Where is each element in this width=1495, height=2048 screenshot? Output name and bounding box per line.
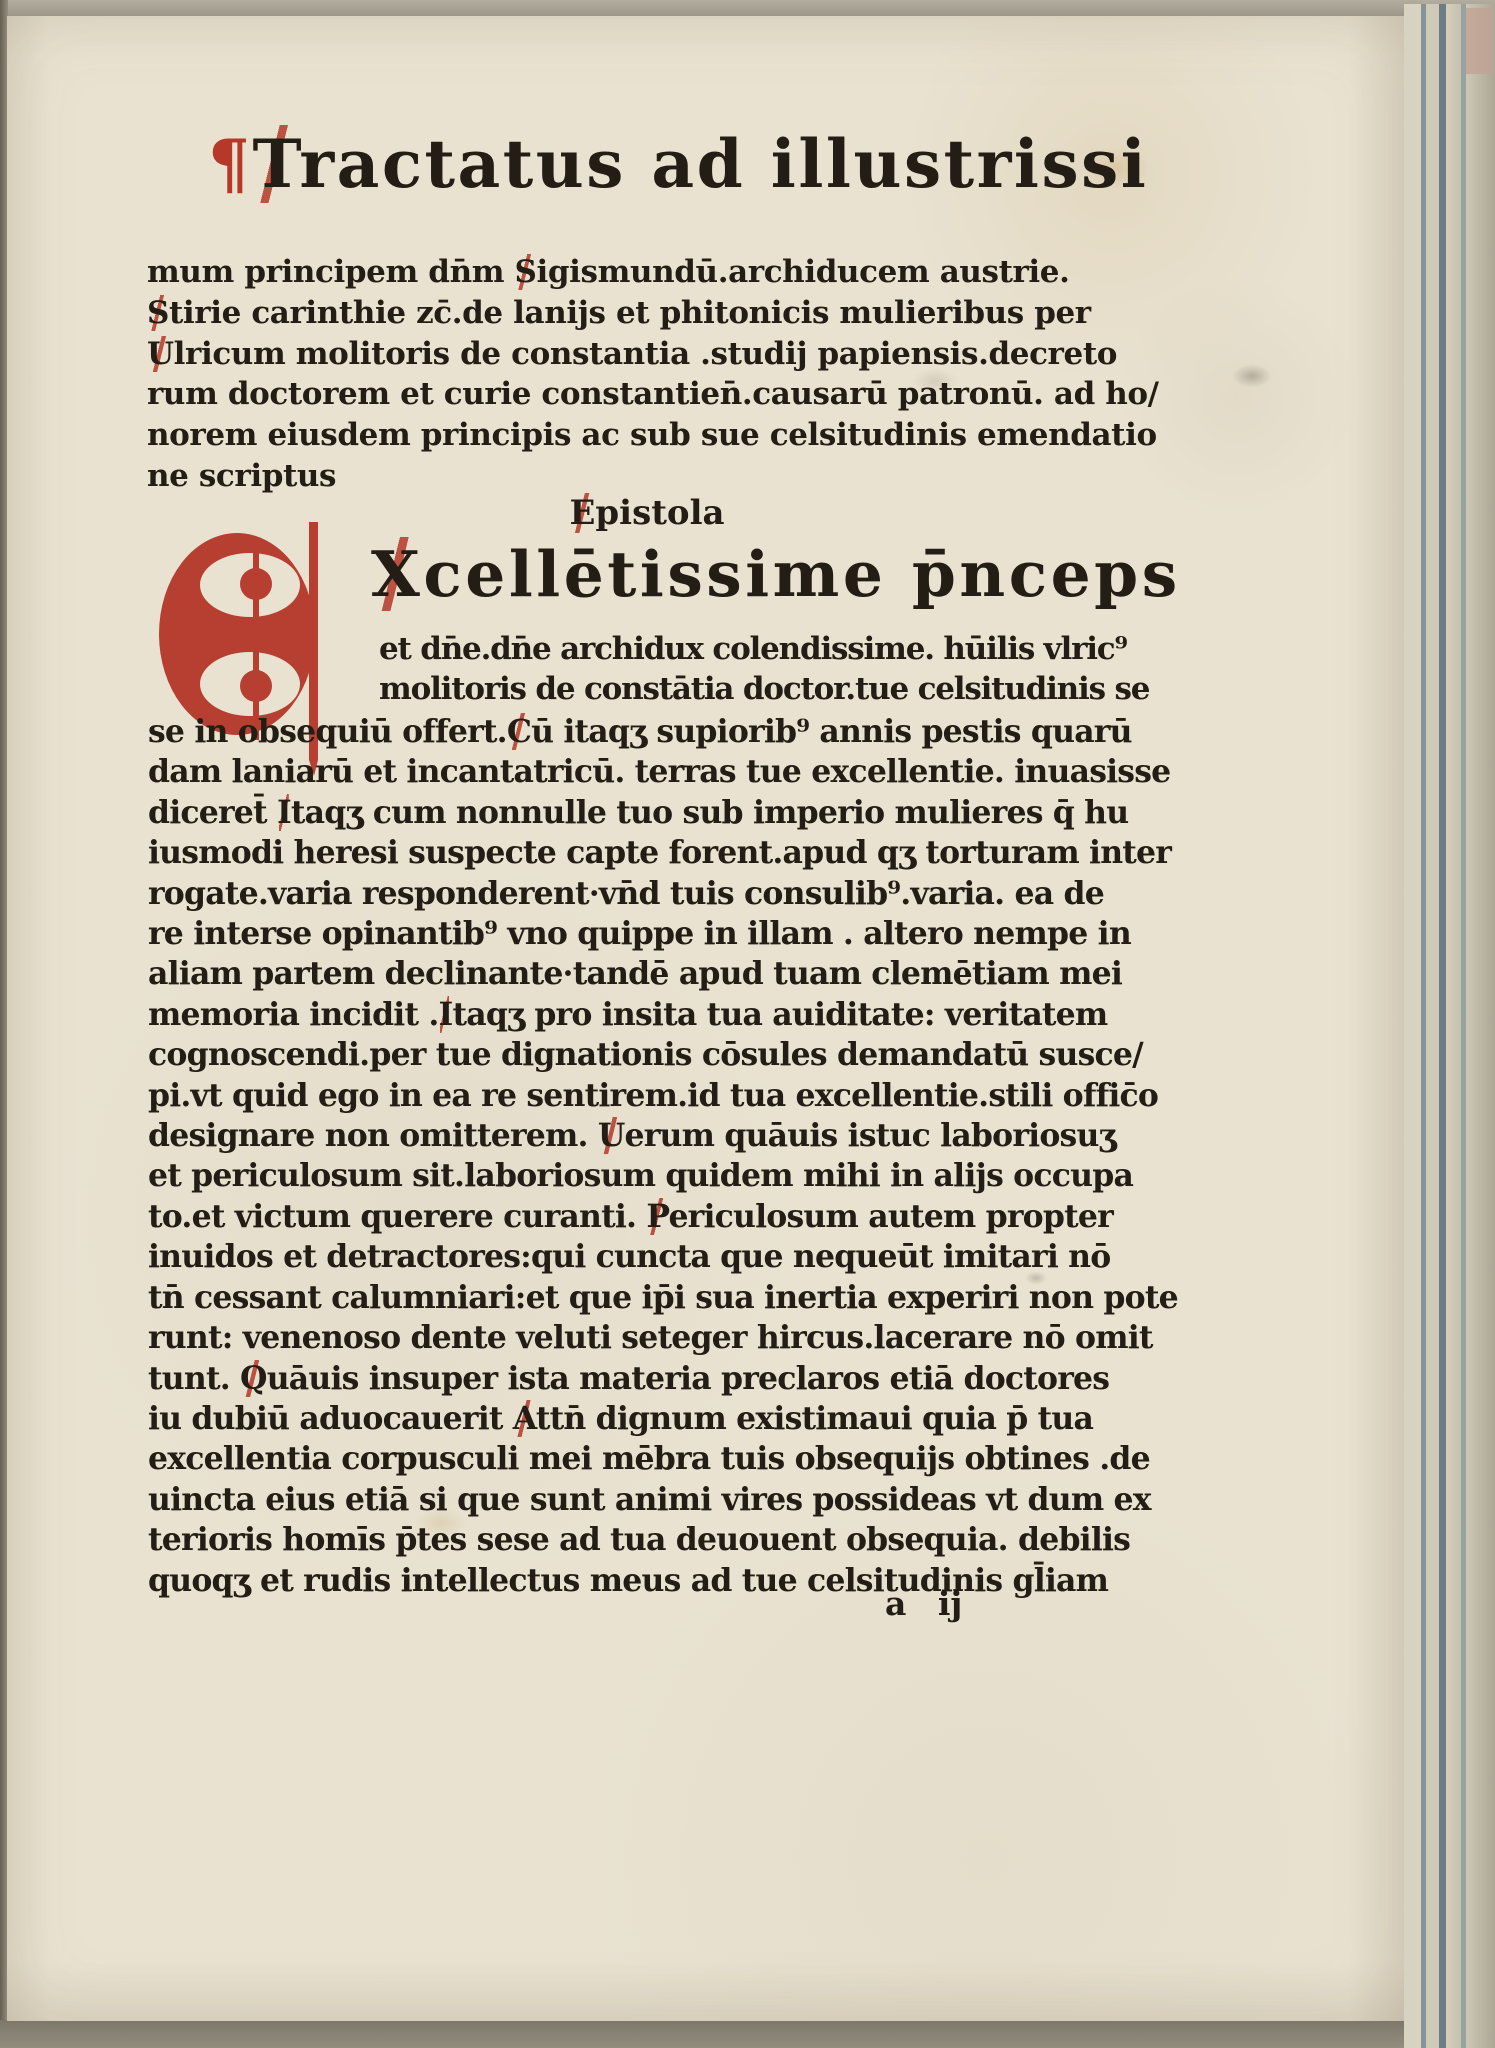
text-line: re interse opinantib⁹ vno quippe in illa… [148, 914, 1178, 954]
text-segment: U [598, 1117, 625, 1154]
text-line: uincta eius etiā si que sunt animi vires… [148, 1480, 1178, 1520]
text-segment: iusmodi heresi suspecte capte forent.apu… [148, 834, 1171, 871]
text-segment: lricum molitoris de constantia .studij p… [174, 336, 1117, 372]
text-line: et dn̄e.dn̄e archidux colendissime. hūil… [379, 629, 1149, 669]
text-segment: pi.vt quid ego in ea re sentirem.id tua … [148, 1077, 1158, 1114]
text-segment: et periculosum sit.laboriosum quidem mih… [148, 1157, 1133, 1194]
text-segment: diceret̄ [148, 794, 277, 831]
text-segment: X [371, 537, 423, 611]
text-segment: dam laniarū et incantatricū. terras tue … [148, 753, 1170, 790]
indented-lines: et dn̄e.dn̄e archidux colendissime. hūil… [379, 629, 1149, 709]
text-line: rum doctorem et curie constantien̄.causa… [147, 374, 1159, 415]
text-line: cognoscendi.per tue dignationis cōsules … [148, 1035, 1178, 1075]
text-segment: aliam partem declinante·tandē apud tuam … [148, 955, 1122, 992]
text-segment: tirie carinthie zc̄.de lanijs et phitoni… [169, 295, 1091, 331]
text-segment: molitoris de constātia doctor.tue celsit… [379, 671, 1149, 707]
text-segment: runt: venenoso dente veluti seteger hirc… [148, 1319, 1153, 1356]
text-segment: tunt. [148, 1360, 240, 1397]
text-segment: norem eiusdem principis ac sub sue celsi… [147, 417, 1157, 453]
text-line: Xcellētissime p̄nceps [371, 540, 1181, 609]
text-segment: ractatus ad illustrissi [299, 125, 1148, 203]
heading-excellentissime: Xcellētissime p̄nceps [371, 540, 1181, 609]
text-segment: I [439, 996, 453, 1033]
text-segment: E [569, 493, 595, 533]
text-segment: se in obsequiū offert. [148, 713, 507, 750]
text-line: runt: venenoso dente veluti seteger hirc… [148, 1318, 1178, 1358]
text-segment: uāuis insuper ista materia preclaros eti… [267, 1360, 1110, 1397]
title-subtitle: mum principem dn̄m Sigismundū.archiducem… [147, 252, 1159, 497]
text-segment: A [513, 1400, 536, 1437]
cover-fore-edge [1466, 4, 1495, 2048]
page-edge-stripe [1404, 4, 1421, 2048]
text-line: Ulricum molitoris de constantia .studij … [147, 334, 1159, 375]
text-segment: to.et victum querere curanti. [148, 1198, 646, 1235]
text-segment: C [507, 713, 531, 750]
text-segment: rogate.varia responderent·vn̄d tuis cons… [148, 875, 1104, 912]
text-segment: ttn̄ dignum existimaui quia p̄ tua [536, 1400, 1093, 1437]
text-line: norem eiusdem principis ac sub sue celsi… [147, 415, 1159, 456]
text-segment: erum quāuis istuc laboriosuʒ [625, 1117, 1116, 1154]
text-segment: mum principem dn̄m [147, 254, 515, 290]
text-line: mum principem dn̄m Sigismundū.archiducem… [147, 252, 1159, 293]
text-line: tn̄ cessant calumniari:et que ip̄i sua i… [148, 1278, 1178, 1318]
text-segment: ne scriptus [147, 458, 336, 494]
text-line: inuidos et detractores:qui cuncta que ne… [148, 1237, 1178, 1277]
text-segment: taqʒ cum nonnulle tuo sub imperio mulier… [291, 794, 1128, 831]
text-line: iu dubiū aduocauerit Attn̄ dignum existi… [148, 1399, 1178, 1439]
page-edge-stripe [1426, 4, 1439, 2048]
text-line: terioris homīs p̄tes sese ad tua deuouen… [148, 1520, 1178, 1560]
text-segment: tn̄ cessant calumniari:et que ip̄i sua i… [148, 1279, 1178, 1316]
text-segment: et dn̄e.dn̄e archidux colendissime. hūil… [379, 631, 1127, 667]
text-line: ¶Tractatus ad illustrissi [208, 128, 1148, 201]
text-segment: I [277, 794, 291, 831]
text-segment: re interse opinantib⁹ vno quippe in illa… [148, 915, 1131, 952]
text-line: tunt. Quāuis insuper ista materia precla… [148, 1359, 1178, 1399]
text-line: se in obsequiū offert.Cū itaqʒ supiorib⁹… [148, 712, 1178, 752]
text-segment: Q [240, 1360, 267, 1397]
title-line: ¶Tractatus ad illustrissi [208, 128, 1148, 201]
text-segment: S [147, 295, 169, 331]
body-text: se in obsequiū offert.Cū itaqʒ supiorib⁹… [148, 712, 1178, 1601]
text-segment: taqʒ pro insita tua auiditate: veritatem [452, 996, 1107, 1033]
text-segment: quoqʒ et rudis intellectus meus ad tue c… [148, 1562, 1108, 1599]
text-segment: U [147, 336, 174, 372]
text-line: excellentia corpusculi mei mēbra tuis ob… [148, 1439, 1178, 1479]
text-segment: P [646, 1198, 668, 1235]
text-segment: ū itaqʒ supiorib⁹ annis pestis quarū [531, 713, 1132, 750]
text-line: diceret̄ Itaqʒ cum nonnulle tuo sub impe… [148, 793, 1178, 833]
page-paper: ¶Tractatus ad illustrissi mum principem … [7, 16, 1404, 2021]
binding-bottom-edge [0, 2020, 1495, 2048]
text-line: Stirie carinthie zc̄.de lanijs et phiton… [147, 293, 1159, 334]
text-line: et periculosum sit.laboriosum quidem mih… [148, 1156, 1178, 1196]
book-scan: ¶Tractatus ad illustrissi mum principem … [0, 0, 1495, 2048]
page-edge-stripe [1439, 4, 1446, 2048]
text-line: designare non omitterem. Uerum quāuis is… [148, 1116, 1178, 1156]
text-segment: ¶ [208, 125, 253, 203]
paper-stain [1232, 364, 1272, 388]
text-segment: rum doctorem et curie constantien̄.causa… [147, 376, 1159, 412]
text-line: pi.vt quid ego in ea re sentirem.id tua … [148, 1076, 1178, 1116]
text-line: iusmodi heresi suspecte capte forent.apu… [148, 833, 1178, 873]
text-line: dam laniarū et incantatricū. terras tue … [148, 752, 1178, 792]
text-segment: pistola [595, 493, 724, 533]
text-segment: S [515, 254, 537, 290]
text-segment: igismundū.archiducem austrie. [537, 254, 1070, 290]
text-segment: inuidos et detractores:qui cuncta que ne… [148, 1238, 1110, 1275]
cover-corner-patch [1466, 8, 1492, 74]
text-line: aliam partem declinante·tandē apud tuam … [148, 954, 1178, 994]
page-edge-stripe [1446, 4, 1461, 2048]
text-line: ne scriptus [147, 456, 1159, 497]
text-segment: cognoscendi.per tue dignationis cōsules … [148, 1036, 1143, 1073]
text-segment: designare non omitterem. [148, 1117, 598, 1154]
text-segment: ericulosum autem propter [668, 1198, 1112, 1235]
text-segment: terioris homīs p̄tes sese ad tua deuouen… [148, 1521, 1130, 1558]
text-segment: memoria incidit . [148, 996, 439, 1033]
text-segment: uincta eius etiā si que sunt animi vires… [148, 1481, 1151, 1518]
text-line: quoqʒ et rudis intellectus meus ad tue c… [148, 1561, 1178, 1601]
text-line: memoria incidit .Itaqʒ pro insita tua au… [148, 995, 1178, 1035]
text-line: rogate.varia responderent·vn̄d tuis cons… [148, 874, 1178, 914]
text-segment: iu dubiū aduocauerit [148, 1400, 513, 1437]
signature-mark: a ij [885, 1584, 962, 1623]
text-segment: cellētissime p̄nceps [423, 537, 1180, 611]
text-line: molitoris de constātia doctor.tue celsit… [379, 669, 1149, 709]
text-segment: excellentia corpusculi mei mēbra tuis ob… [148, 1440, 1150, 1477]
text-line: to.et victum querere curanti. Periculosu… [148, 1197, 1178, 1237]
text-segment: T [253, 125, 300, 203]
